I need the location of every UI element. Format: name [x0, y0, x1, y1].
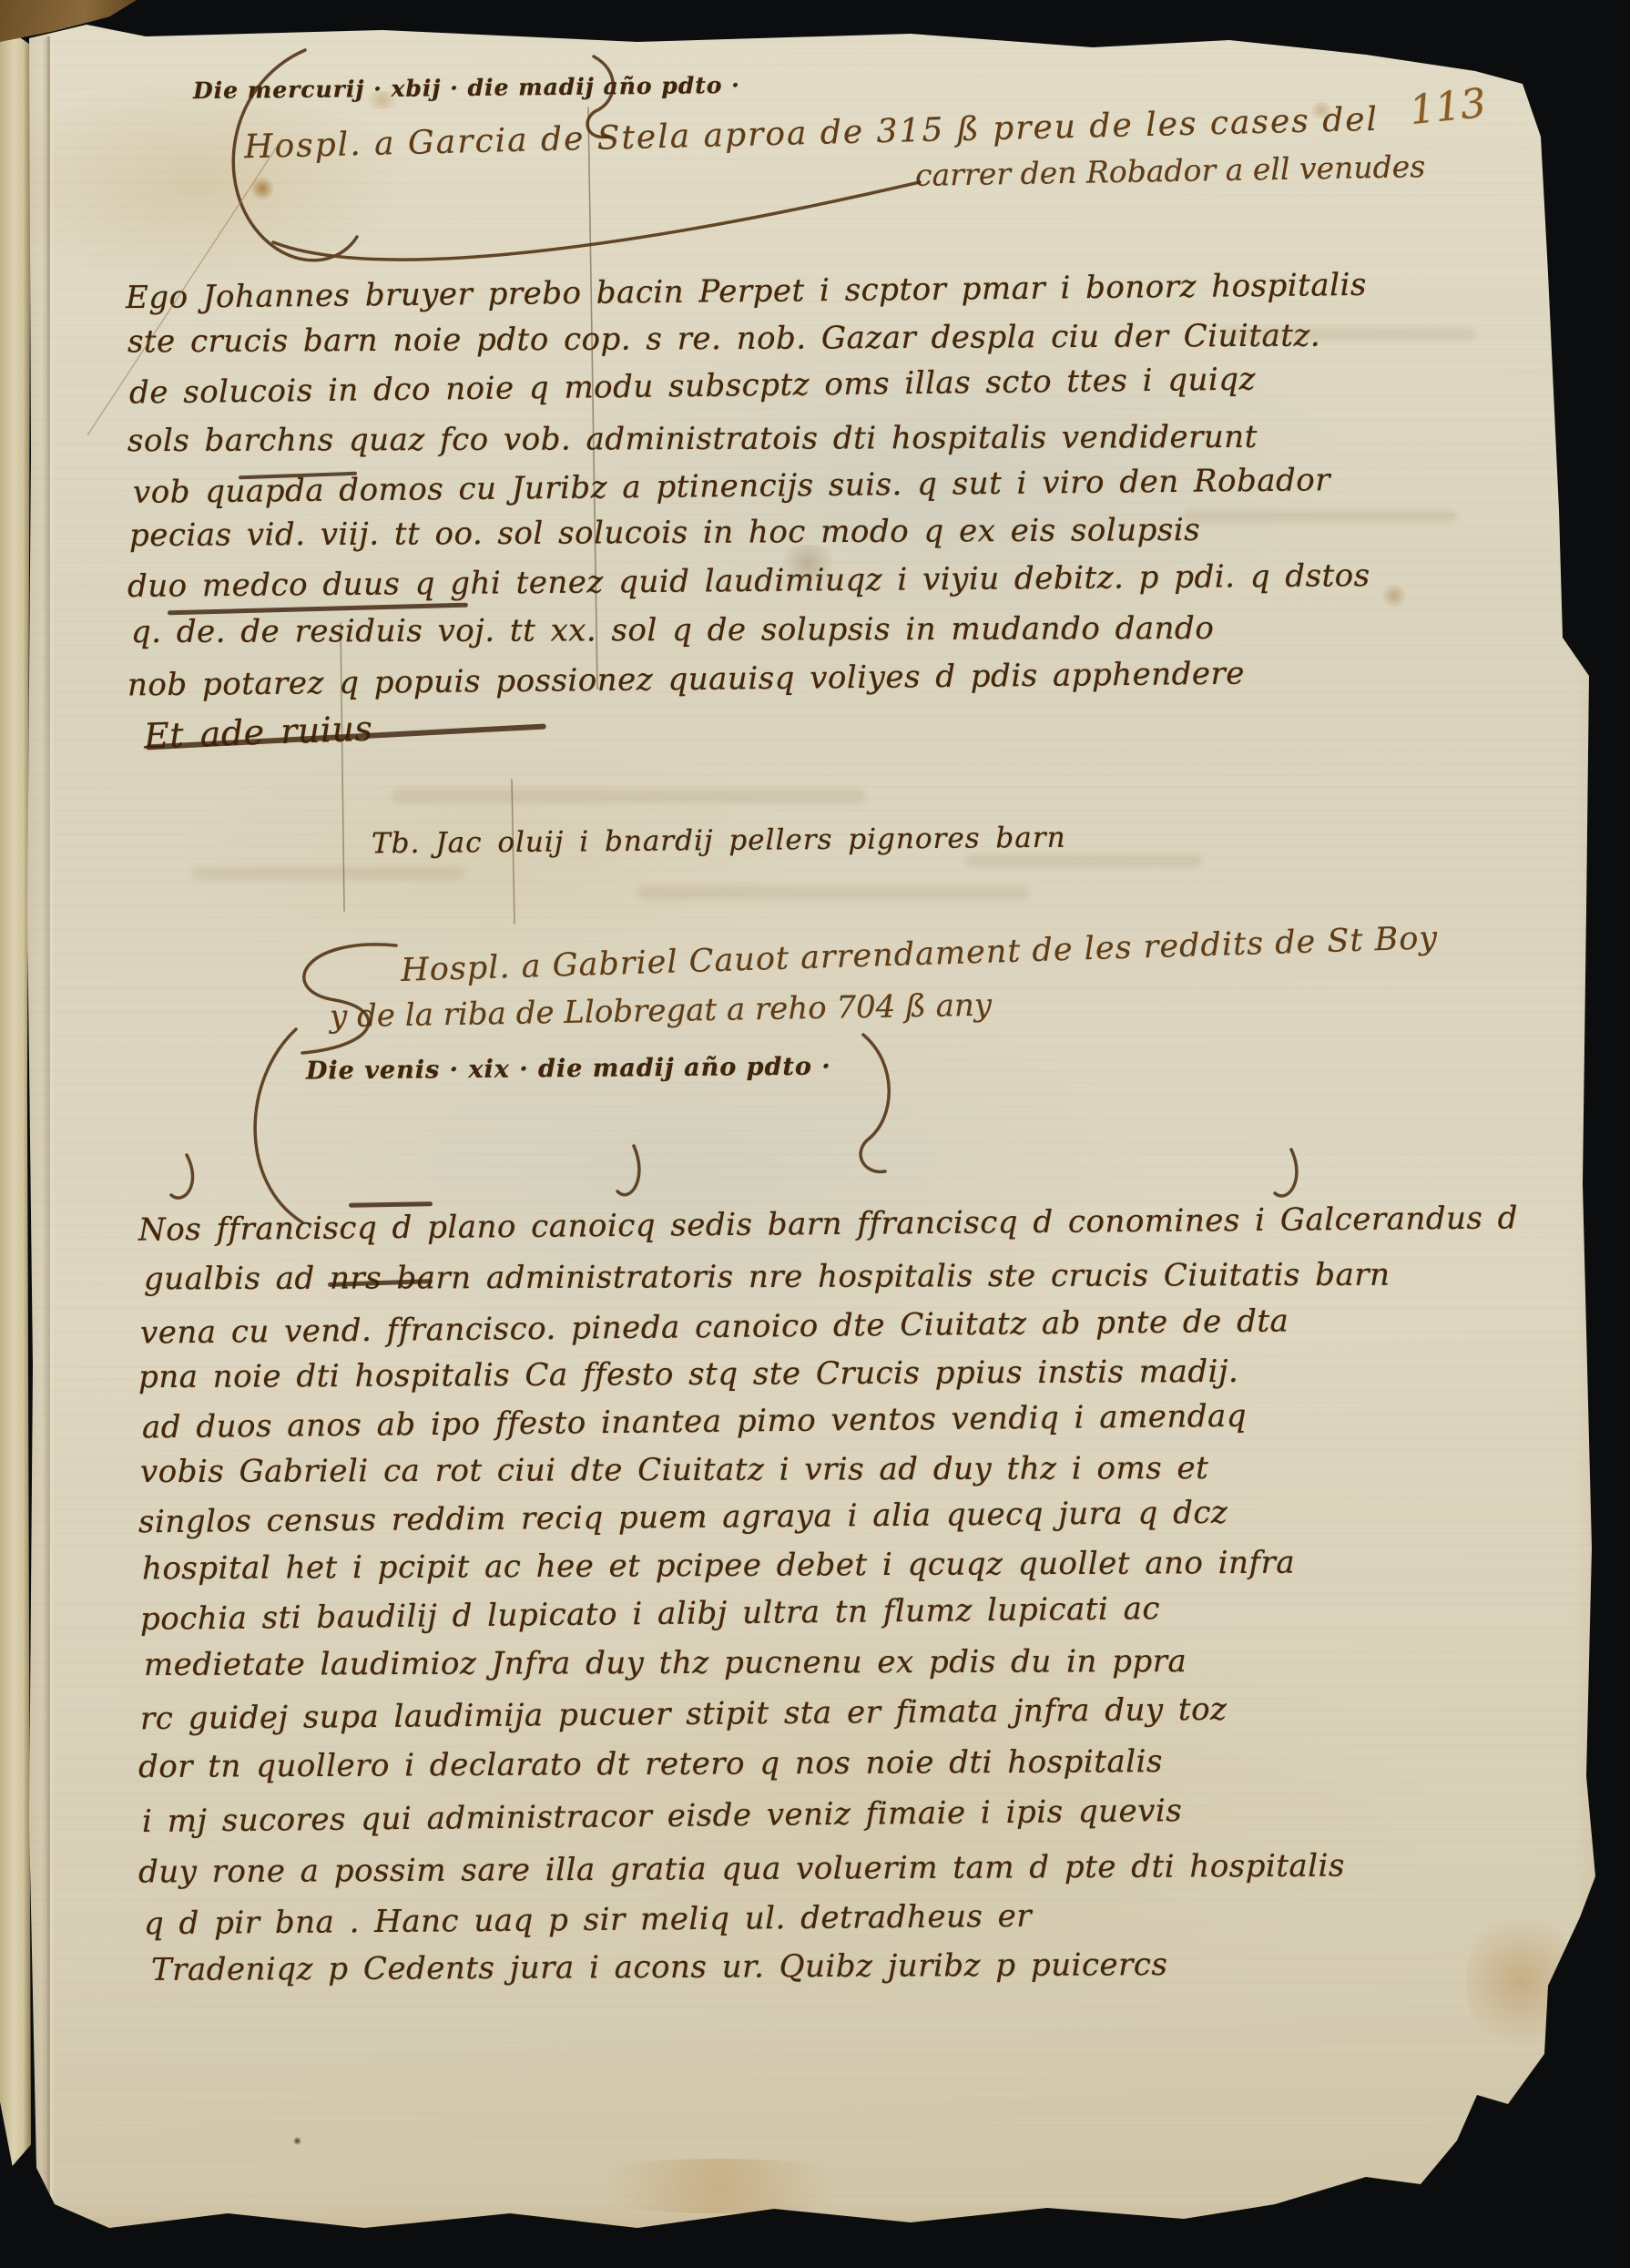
pen-flourish	[273, 182, 920, 260]
entry2-body-line: medietate laudimioz Jnfra duy thz pucnen…	[144, 1643, 1187, 1683]
bleed-through-band	[1184, 510, 1457, 523]
ink-stain	[250, 177, 275, 200]
bleed-through-band	[392, 789, 865, 803]
entry2-body-line: i mj sucores qui administracor eisde ven…	[142, 1793, 1183, 1840]
entry2-note-line2: y de la riba de Llobregat a reho 704 ß a…	[330, 987, 993, 1036]
entry1-body-line: pecias vid. viij. tt oo. sol solucois in…	[129, 512, 1200, 554]
entry2-body-line: vobis Gabrieli ca rot ciui dte Ciuitatz …	[140, 1450, 1208, 1490]
bleed-through-band	[965, 854, 1202, 867]
manuscript-page: 113 Die mercurij · xbij · die madij año …	[0, 0, 1630, 2268]
bleed-through-band	[637, 885, 1029, 900]
entry1-body-line: q. de. de residuis voj. tt xx. sol q de …	[131, 610, 1214, 650]
pen-flourish	[1275, 1149, 1297, 1196]
facing-page-edge	[0, 24, 31, 2166]
pen-flourish	[617, 1146, 639, 1195]
entry2-body-line: hospital het i pcipit ac hee et pcipee d…	[142, 1545, 1295, 1588]
entry1-body-line: nob potarez q popuis possionez quauisq v…	[127, 656, 1245, 704]
entry2-body-line: ad duos anos ab ipo ffesto inantea pimo …	[142, 1398, 1247, 1446]
edge-stain	[565, 2159, 874, 2213]
entry2-body-line: Nos ffranciscq d plano canoicq sedis bar…	[138, 1200, 1518, 1248]
entry1-body-line: duo medco duus q ghi tenez quid laudimiu…	[127, 557, 1370, 605]
interline-note: Tb. Jac oluij i bnardij pellers pignores…	[372, 822, 1066, 861]
edge-stain	[1466, 1904, 1575, 2059]
entry1-struck-line: Et ade ruius	[143, 709, 373, 757]
entry2-body-line: gualbis ad nrs barn administratoris nre …	[144, 1257, 1391, 1298]
entry1-body-line: ste crucis barn noie pdto cop. s re. nob…	[127, 318, 1320, 361]
entry2-body-line: pochia sti baudilij d lupicato i alibj u…	[140, 1590, 1160, 1638]
pen-flourish	[861, 1035, 889, 1171]
entry2-body-line: Tradeniqz p Cedents jura i acons ur. Qui…	[151, 1946, 1168, 1988]
entry1-dateline: Die mercurij · xbij · die madij año pdto…	[193, 72, 740, 104]
pen-flourish	[171, 1155, 193, 1198]
paraph-flourish	[255, 1029, 302, 1222]
entry2-body-line: rc guidej supa laudimija pucuer stipit s…	[140, 1691, 1228, 1737]
folio-number: 113	[1408, 80, 1489, 134]
entry2-dateline: Die venis · xix · die madij año pdto ·	[306, 1052, 831, 1085]
entry2-note-line1: Hospl. a Gabriel Cauot arrendament de le…	[401, 920, 1439, 989]
entry1-body-line: sols barchns quaz fco vob. administratoi…	[127, 419, 1258, 459]
ink-speck	[293, 2137, 301, 2145]
bleed-through-band	[1220, 328, 1475, 341]
gutter-crease	[47, 36, 50, 2204]
entry2-body-line: q d pir bna . Hanc uaq p sir meliq ul. d…	[144, 1898, 1032, 1943]
entry1-body-line: Ego Johannes bruyer prebo bacin Perpet i…	[126, 267, 1367, 316]
macron-pen-mark	[349, 1201, 433, 1208]
manuscript-photo-stage: 113 Die mercurij · xbij · die madij año …	[0, 0, 1630, 2268]
entry1-margin-note-line2: carrer den Robador a ell venudes	[915, 148, 1426, 193]
entry2-body-line: vena cu vend. ffrancisco. pineda canoico…	[140, 1303, 1289, 1351]
entry2-body-line: dor tn quollero i declarato dt retero q …	[138, 1743, 1163, 1785]
ink-stain	[1380, 585, 1409, 607]
bleed-through-band	[191, 867, 464, 880]
entry1-body-line: vob quapda domos cu Juribz a ptinencijs …	[133, 462, 1330, 511]
entry1-body-line: de solucois in dco noie q modu subscptz …	[129, 361, 1256, 411]
entry2-body-line: pna noie dti hospitalis Ca ffesto stq st…	[138, 1354, 1239, 1395]
entry2-body-line: duy rone a possim sare illa gratia qua v…	[138, 1848, 1345, 1891]
entry2-body-line: singlos census reddim reciq puem agraya …	[138, 1495, 1228, 1540]
